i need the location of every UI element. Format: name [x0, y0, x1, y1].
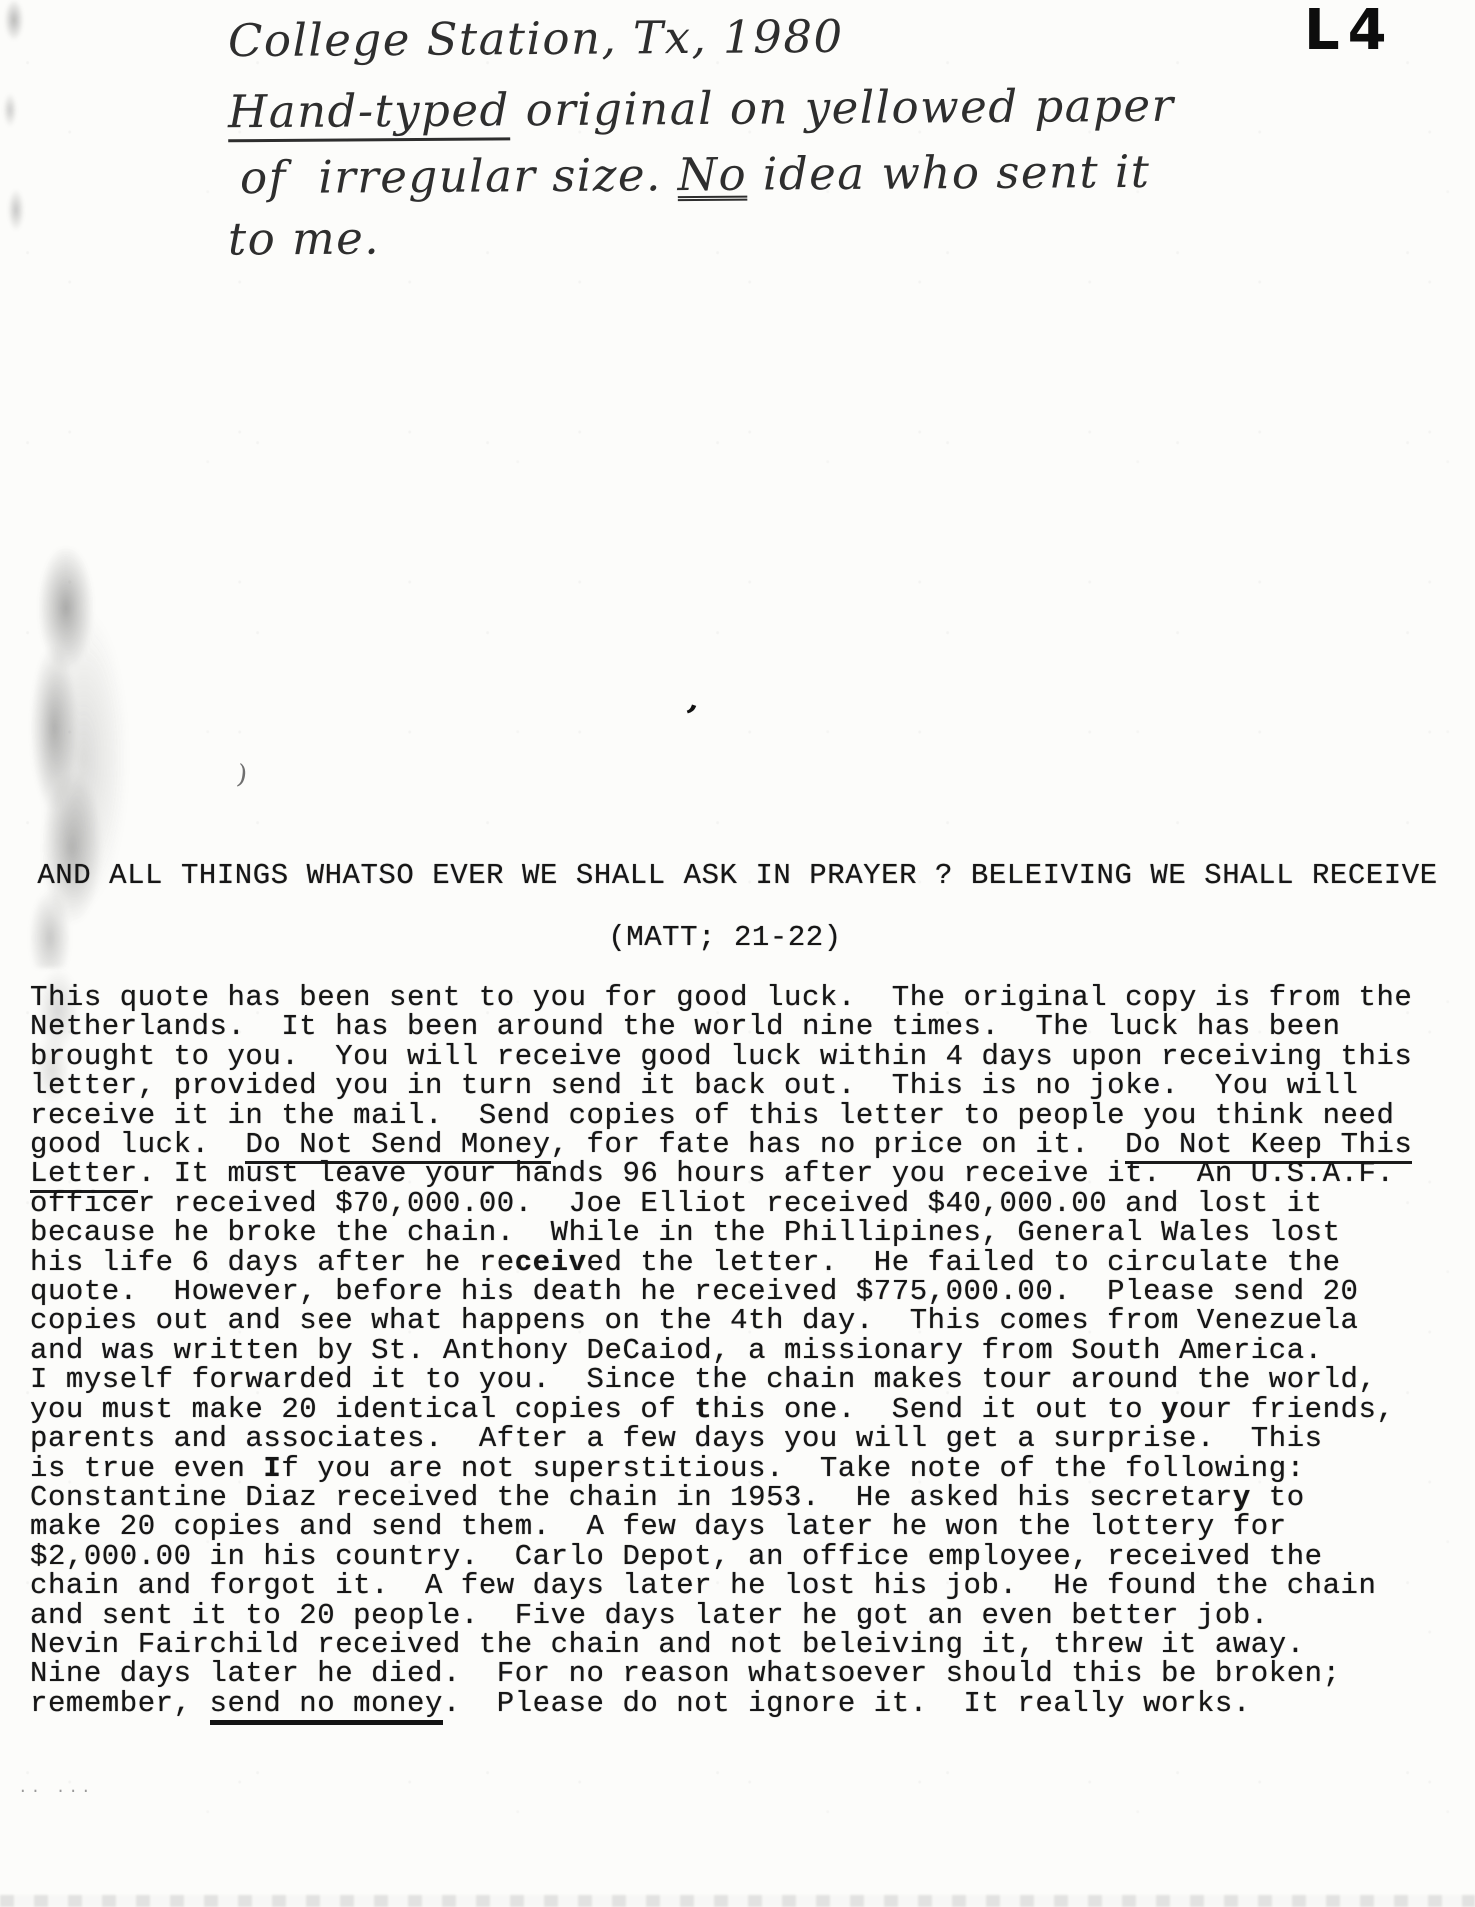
letter-line: receive it in the mail. Send copies of t…: [30, 1101, 1412, 1130]
letter-line: letter, provided you in turn send it bac…: [30, 1071, 1412, 1100]
text-segment: because he broke the chain. While in the…: [30, 1216, 1341, 1249]
text-segment: and sent it to 20 people. Five days late…: [30, 1599, 1269, 1632]
text-segment: parents and associates. After a few days…: [30, 1422, 1323, 1455]
text-segment: idea who sent it: [747, 145, 1151, 201]
text-segment: f you are not superstitious. Take note o…: [281, 1452, 1304, 1485]
letter-line: and sent it to 20 people. Five days late…: [30, 1601, 1412, 1630]
handwritten-note-line-1: College Station, Tx, 1980: [228, 10, 844, 67]
text-segment: $2,000.00 in his country. Carlo Depot, a…: [30, 1540, 1323, 1573]
text-segment: I: [263, 1452, 281, 1485]
text-segment: and was written by St. Anthony DeCaiod, …: [30, 1334, 1323, 1367]
scan-bottom-edge-band: [0, 1895, 1475, 1907]
text-segment: receive it in the mail. Send copies of t…: [30, 1099, 1394, 1132]
text-segment: ceiv: [515, 1246, 587, 1279]
text-segment: Hand-typed: [228, 83, 510, 142]
text-segment: , for fate has no price on it.: [551, 1128, 1126, 1161]
letter-body: This quote has been sent to you for good…: [30, 983, 1412, 1718]
letter-line: I myself forwarded it to you. Since the …: [30, 1365, 1412, 1394]
text-segment: you must make 20 identical copies of: [30, 1393, 694, 1426]
letter-line: quote. However, before his death he rece…: [30, 1277, 1412, 1306]
text-segment: to: [1251, 1481, 1305, 1514]
text-segment: original on yellowed paper: [510, 79, 1175, 137]
letter-line: you must make 20 identical copies of thi…: [30, 1395, 1412, 1424]
letter-line: This quote has been sent to you for good…: [30, 983, 1412, 1012]
stray-ink-tick: ’: [677, 697, 701, 739]
text-segment: This quote has been sent to you for good…: [30, 981, 1412, 1014]
letter-line: Letter. It must leave your hands 96 hour…: [30, 1159, 1412, 1188]
letter-line: parents and associates. After a few days…: [30, 1424, 1412, 1453]
text-segment: make 20 copies and send them. A few days…: [30, 1510, 1287, 1543]
text-segment: Nevin Fairchild received the chain and n…: [30, 1628, 1305, 1661]
text-segment: Constantine Diaz received the chain in 1…: [30, 1481, 1233, 1514]
letter-line: make 20 copies and send them. A few days…: [30, 1512, 1412, 1541]
letter-line: Netherlands. It has been around the worl…: [30, 1012, 1412, 1041]
letter-line: is true even If you are not superstitiou…: [30, 1454, 1412, 1483]
handwritten-note-line-3: of irregular size. No idea who sent it: [240, 145, 1151, 204]
stray-dots-mark: ·· ···: [18, 1782, 94, 1800]
text-segment: send no money: [210, 1687, 443, 1725]
letter-line: copies out and see what happens on the 4…: [30, 1306, 1412, 1335]
text-segment: brought to you. You will receive good lu…: [30, 1040, 1412, 1073]
text-segment: Nine days later he died. For no reason w…: [30, 1657, 1341, 1690]
letter-heading: AND ALL THINGS WHATSO EVER WE SHALL ASK …: [0, 859, 1475, 892]
letter-line: $2,000.00 in his country. Carlo Depot, a…: [30, 1542, 1412, 1571]
scan-smudge-left-edge: [14, 548, 134, 968]
letter-line: Constantine Diaz received the chain in 1…: [30, 1483, 1412, 1512]
text-segment: good luck.: [30, 1128, 245, 1161]
handwritten-note-line-2: Hand-typed original on yellowed paper: [228, 79, 1175, 139]
text-segment: t: [694, 1393, 712, 1426]
letter-line: good luck. Do Not Send Money, for fate h…: [30, 1130, 1412, 1159]
text-segment: College Station, Tx, 1980: [228, 10, 844, 67]
text-segment: remember,: [30, 1687, 210, 1720]
text-segment: I myself forwarded it to you. Since the …: [30, 1363, 1376, 1396]
handwritten-note-line-4: to me.: [228, 211, 380, 265]
letter-line: his life 6 days after he received the le…: [30, 1248, 1412, 1277]
text-segment: . Please do not ignore it. It really wor…: [443, 1687, 1251, 1720]
text-segment: . It must leave your hands 96 hours afte…: [138, 1157, 1395, 1190]
text-segment: No: [677, 148, 747, 201]
letter-line: remember, send no money. Please do not i…: [30, 1689, 1412, 1718]
letter-line: Nevin Fairchild received the chain and n…: [30, 1630, 1412, 1659]
text-segment: y: [1161, 1393, 1179, 1426]
letter-line: chain and forgot it. A few days later he…: [30, 1571, 1412, 1600]
text-segment: y: [1233, 1481, 1251, 1514]
letter-line: brought to you. You will receive good lu…: [30, 1042, 1412, 1071]
text-segment: to me.: [228, 211, 380, 265]
text-segment: ed the letter. He failed to circulate th…: [587, 1246, 1341, 1279]
text-segment: officer received $70,000.00. Joe Elliot …: [30, 1187, 1323, 1220]
scan-smudge-top-left: [0, 0, 54, 280]
text-segment: our friends,: [1179, 1393, 1394, 1426]
text-segment: Netherlands. It has been around the worl…: [30, 1010, 1341, 1043]
letter-line: because he broke the chain. While in the…: [30, 1218, 1412, 1247]
text-segment: chain and forgot it. A few days later he…: [30, 1569, 1376, 1602]
scanned-letter-page: ’ ) ·· ··· L4 College Station, Tx, 1980 …: [0, 0, 1475, 1907]
text-segment: of irregular size.: [240, 148, 678, 204]
text-segment: copies out and see what happens on the 4…: [30, 1304, 1359, 1337]
text-segment: letter, provided you in turn send it bac…: [30, 1069, 1359, 1102]
text-segment: his life 6 days after he re: [30, 1246, 515, 1279]
letter-line: Nine days later he died. For no reason w…: [30, 1659, 1412, 1688]
text-segment: is true even: [30, 1452, 263, 1485]
stray-paren-mark: ): [235, 759, 249, 790]
text-segment: quote. However, before his death he rece…: [30, 1275, 1359, 1308]
letter-line: and was written by St. Anthony DeCaiod, …: [30, 1336, 1412, 1365]
letter-line: officer received $70,000.00. Joe Elliot …: [30, 1189, 1412, 1218]
archive-corner-label: L4: [1304, 0, 1395, 63]
text-segment: his one. Send it out to: [712, 1393, 1161, 1426]
scripture-reference: (MATT; 21-22): [0, 921, 1450, 954]
